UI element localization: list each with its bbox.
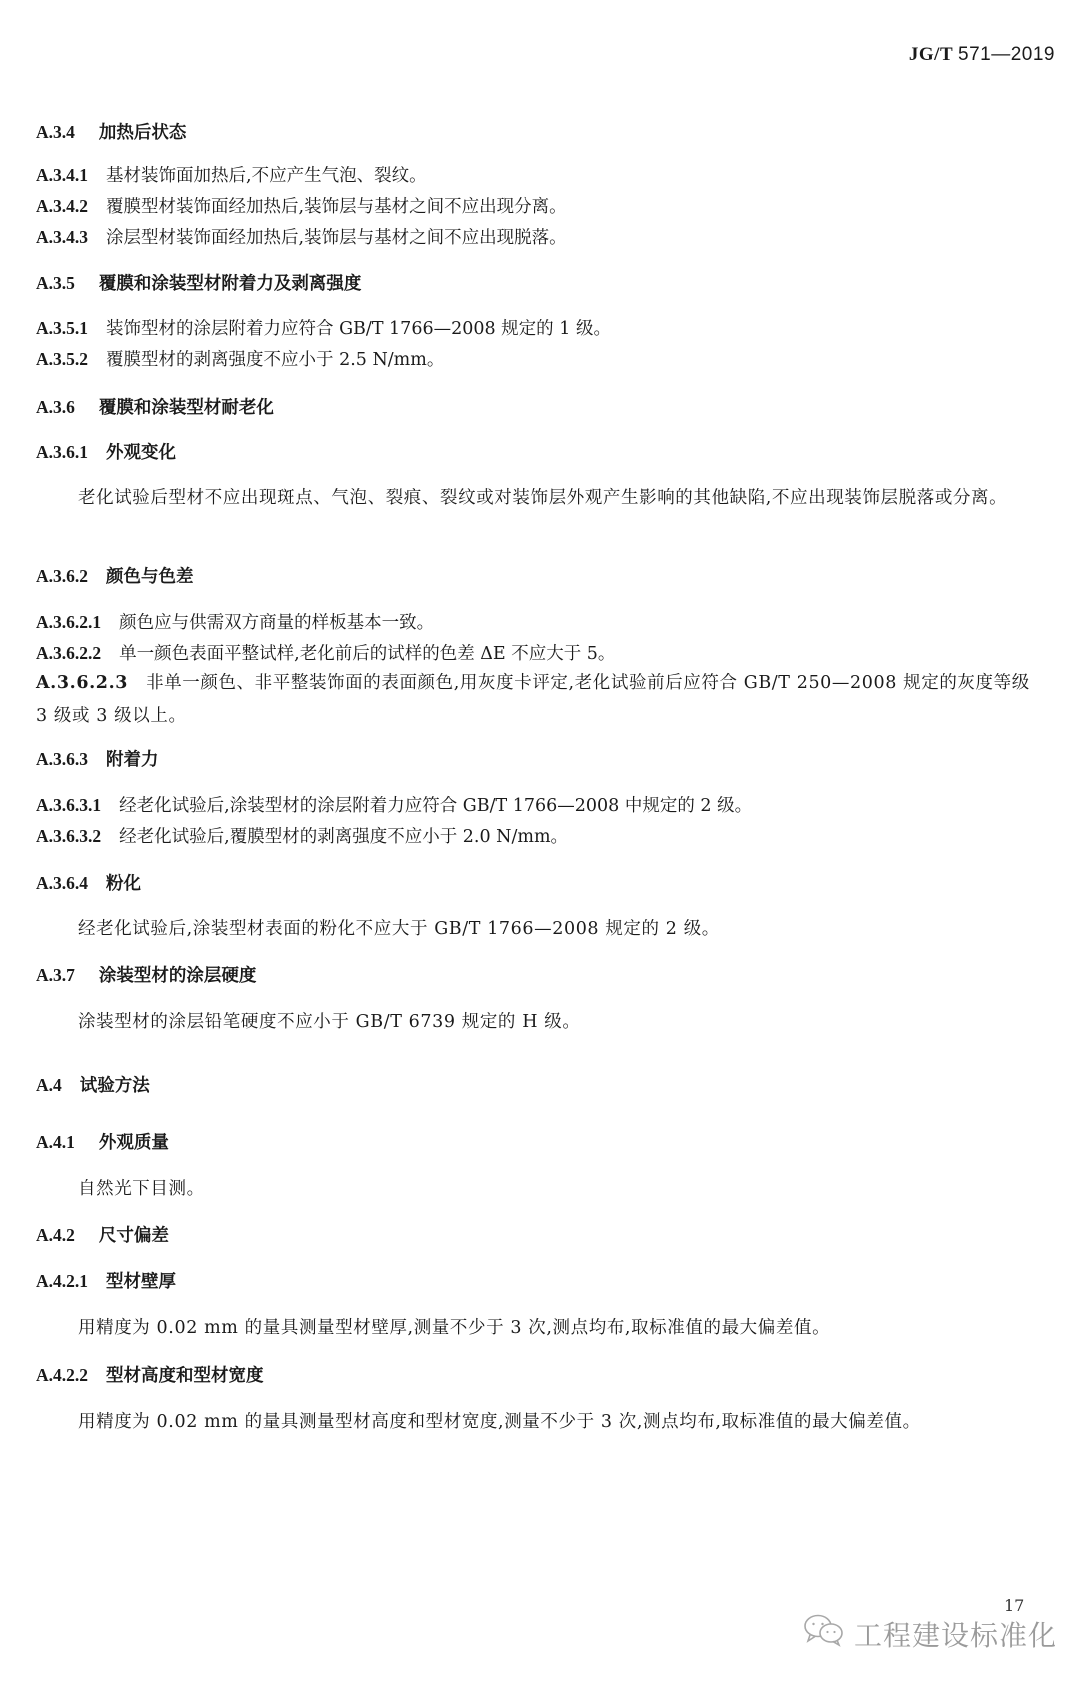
section-heading-a-4-2: A.4.2尺寸偏差 — [36, 1220, 973, 1251]
section-title: 覆膜和涂装型材附着力及剥离强度 — [99, 274, 362, 294]
clause-number: A.3.6.2.2 — [36, 638, 101, 668]
clause-a-3-4-2: A.3.4.2覆膜型材装饰面经加热后,装饰层与基材之间不应出现分离。 — [36, 191, 973, 222]
clause-number: A.3.4.2 — [36, 191, 88, 221]
section-title: 加热后状态 — [99, 123, 187, 143]
clause-a-3-6-3-1: A.3.6.3.1经老化试验后,涂装型材的涂层附着力应符合 GB/T 1766—… — [36, 790, 973, 821]
standard-prefix: JG/T — [909, 44, 953, 65]
section-title: 尺寸偏差 — [99, 1226, 169, 1246]
paragraph-chalking: 经老化试验后,涂装型材表面的粉化不应大于 GB/T 1766—2008 规定的 … — [36, 913, 1046, 946]
section-number: A.3.6.1 — [36, 437, 88, 467]
clause-number: A.3.5.2 — [36, 344, 88, 374]
section-number: A.3.6.2 — [36, 561, 88, 591]
clause-text: 经老化试验后,覆膜型材的剥离强度不应小于 2.0 N/mm。 — [119, 827, 568, 847]
section-title: 外观变化 — [106, 443, 176, 463]
paragraph-appearance-change: 老化试验后型材不应出现斑点、气泡、裂痕、裂纹或对装饰层外观产生影响的其他缺陷,不… — [36, 482, 1046, 515]
section-number: A.3.6 — [36, 392, 75, 422]
section-number: A.4.2 — [36, 1220, 75, 1250]
clause-a-3-6-2-3: A.3.6.2.3非单一颜色、非平整装饰面的表面颜色,用灰度卡评定,老化试验前后… — [36, 667, 1046, 733]
section-number: A.4.2.1 — [36, 1266, 88, 1296]
section-title: 型材高度和型材宽度 — [106, 1366, 264, 1386]
section-heading-a-4-2-1: A.4.2.1型材壁厚 — [36, 1266, 973, 1297]
clause-number: A.3.5.1 — [36, 313, 88, 343]
section-title: 型材壁厚 — [106, 1272, 176, 1292]
paragraph-coating-hardness: 涂装型材的涂层铅笔硬度不应小于 GB/T 6739 规定的 H 级。 — [36, 1006, 1046, 1039]
clause-a-3-6-2-2: A.3.6.2.2单一颜色表面平整试样,老化前后的试样的色差 ΔE 不应大于 5… — [36, 638, 973, 669]
clause-a-3-6-3-2: A.3.6.3.2经老化试验后,覆膜型材的剥离强度不应小于 2.0 N/mm。 — [36, 821, 973, 852]
section-number: A.4.2.2 — [36, 1360, 88, 1390]
section-number: A.3.6.4 — [36, 868, 88, 898]
section-title: 颜色与色差 — [106, 567, 194, 587]
section-number: A.3.5 — [36, 268, 75, 298]
section-heading-a-3-6: A.3.6覆膜和涂装型材耐老化 — [36, 392, 973, 423]
clause-number: A.3.6.3.1 — [36, 790, 101, 820]
clause-text: 非单一颜色、非平整装饰面的表面颜色,用灰度卡评定,老化试验前后应符合 GB/T … — [36, 673, 1030, 726]
watermark-text: 工程建设标准化 — [854, 1614, 1057, 1654]
wechat-icon — [802, 1612, 846, 1655]
clause-number: A.3.4.3 — [36, 222, 88, 252]
clause-text: 经老化试验后,涂装型材的涂层附着力应符合 GB/T 1766—2008 中规定的… — [119, 796, 752, 816]
section-heading-a-3-7: A.3.7涂装型材的涂层硬度 — [36, 960, 973, 991]
standard-number: 571—2019 — [958, 44, 1055, 65]
clause-text: 颜色应与供需双方商量的样板基本一致。 — [119, 613, 434, 633]
section-number: A.4.1 — [36, 1127, 75, 1157]
section-heading-a-3-6-2: A.3.6.2颜色与色差 — [36, 561, 973, 592]
clause-number: A.3.4.1 — [36, 160, 88, 190]
paragraph-height-width: 用精度为 0.02 mm 的量具测量型材高度和型材宽度,测量不少于 3 次,测点… — [36, 1406, 1046, 1439]
section-heading-a-3-6-3: A.3.6.3附着力 — [36, 744, 973, 775]
section-heading-a-4-1: A.4.1外观质量 — [36, 1127, 973, 1158]
clause-number: A.3.6.3.2 — [36, 821, 101, 851]
clause-text: 单一颜色表面平整试样,老化前后的试样的色差 ΔE 不应大于 5。 — [119, 644, 615, 664]
clause-text: 覆膜型材的剥离强度不应小于 2.5 N/mm。 — [106, 350, 444, 370]
section-heading-a-3-6-1: A.3.6.1外观变化 — [36, 437, 973, 468]
section-heading-a-3-5: A.3.5覆膜和涂装型材附着力及剥离强度 — [36, 268, 973, 299]
paragraph-wall-thickness: 用精度为 0.02 mm 的量具测量型材壁厚,测量不少于 3 次,测点均布,取标… — [36, 1312, 1046, 1345]
section-title: 粉化 — [106, 874, 141, 894]
clause-number: A.3.6.2.3 — [36, 673, 128, 693]
clause-a-3-5-1: A.3.5.1装饰型材的涂层附着力应符合 GB/T 1766—2008 规定的 … — [36, 313, 973, 344]
section-number: A.3.6.3 — [36, 744, 88, 774]
clause-text: 覆膜型材装饰面经加热后,装饰层与基材之间不应出现分离。 — [106, 197, 567, 217]
section-number: A.4 — [36, 1070, 62, 1100]
section-number: A.3.7 — [36, 960, 75, 990]
section-heading-a-4-2-2: A.4.2.2型材高度和型材宽度 — [36, 1360, 973, 1391]
standard-code-header: JG/T 571—2019 — [909, 44, 1055, 66]
clause-text: 涂层型材装饰面经加热后,装饰层与基材之间不应出现脱落。 — [106, 228, 567, 248]
section-title: 涂装型材的涂层硬度 — [99, 966, 257, 986]
section-title: 覆膜和涂装型材耐老化 — [99, 398, 274, 418]
section-number: A.3.4 — [36, 117, 75, 147]
section-heading-a-3-6-4: A.3.6.4粉化 — [36, 868, 973, 899]
section-title: 试验方法 — [80, 1076, 150, 1096]
clause-text: 装饰型材的涂层附着力应符合 GB/T 1766—2008 规定的 1 级。 — [106, 319, 611, 339]
clause-text: 基材装饰面加热后,不应产生气泡、裂纹。 — [106, 166, 427, 186]
clause-a-3-4-1: A.3.4.1基材装饰面加热后,不应产生气泡、裂纹。 — [36, 160, 973, 191]
paragraph-visual-inspection: 自然光下目测。 — [36, 1173, 1046, 1206]
clause-a-3-5-2: A.3.5.2覆膜型材的剥离强度不应小于 2.5 N/mm。 — [36, 344, 973, 375]
section-title: 外观质量 — [99, 1133, 169, 1153]
clause-number: A.3.6.2.1 — [36, 607, 101, 637]
section-title: 附着力 — [106, 750, 159, 770]
section-heading-a-4: A.4试验方法 — [36, 1070, 973, 1101]
clause-a-3-4-3: A.3.4.3涂层型材装饰面经加热后,装饰层与基材之间不应出现脱落。 — [36, 222, 973, 253]
section-heading-a-3-4: A.3.4加热后状态 — [36, 117, 973, 148]
clause-a-3-6-2-1: A.3.6.2.1颜色应与供需双方商量的样板基本一致。 — [36, 607, 973, 638]
watermark: 工程建设标准化 — [802, 1612, 1057, 1655]
